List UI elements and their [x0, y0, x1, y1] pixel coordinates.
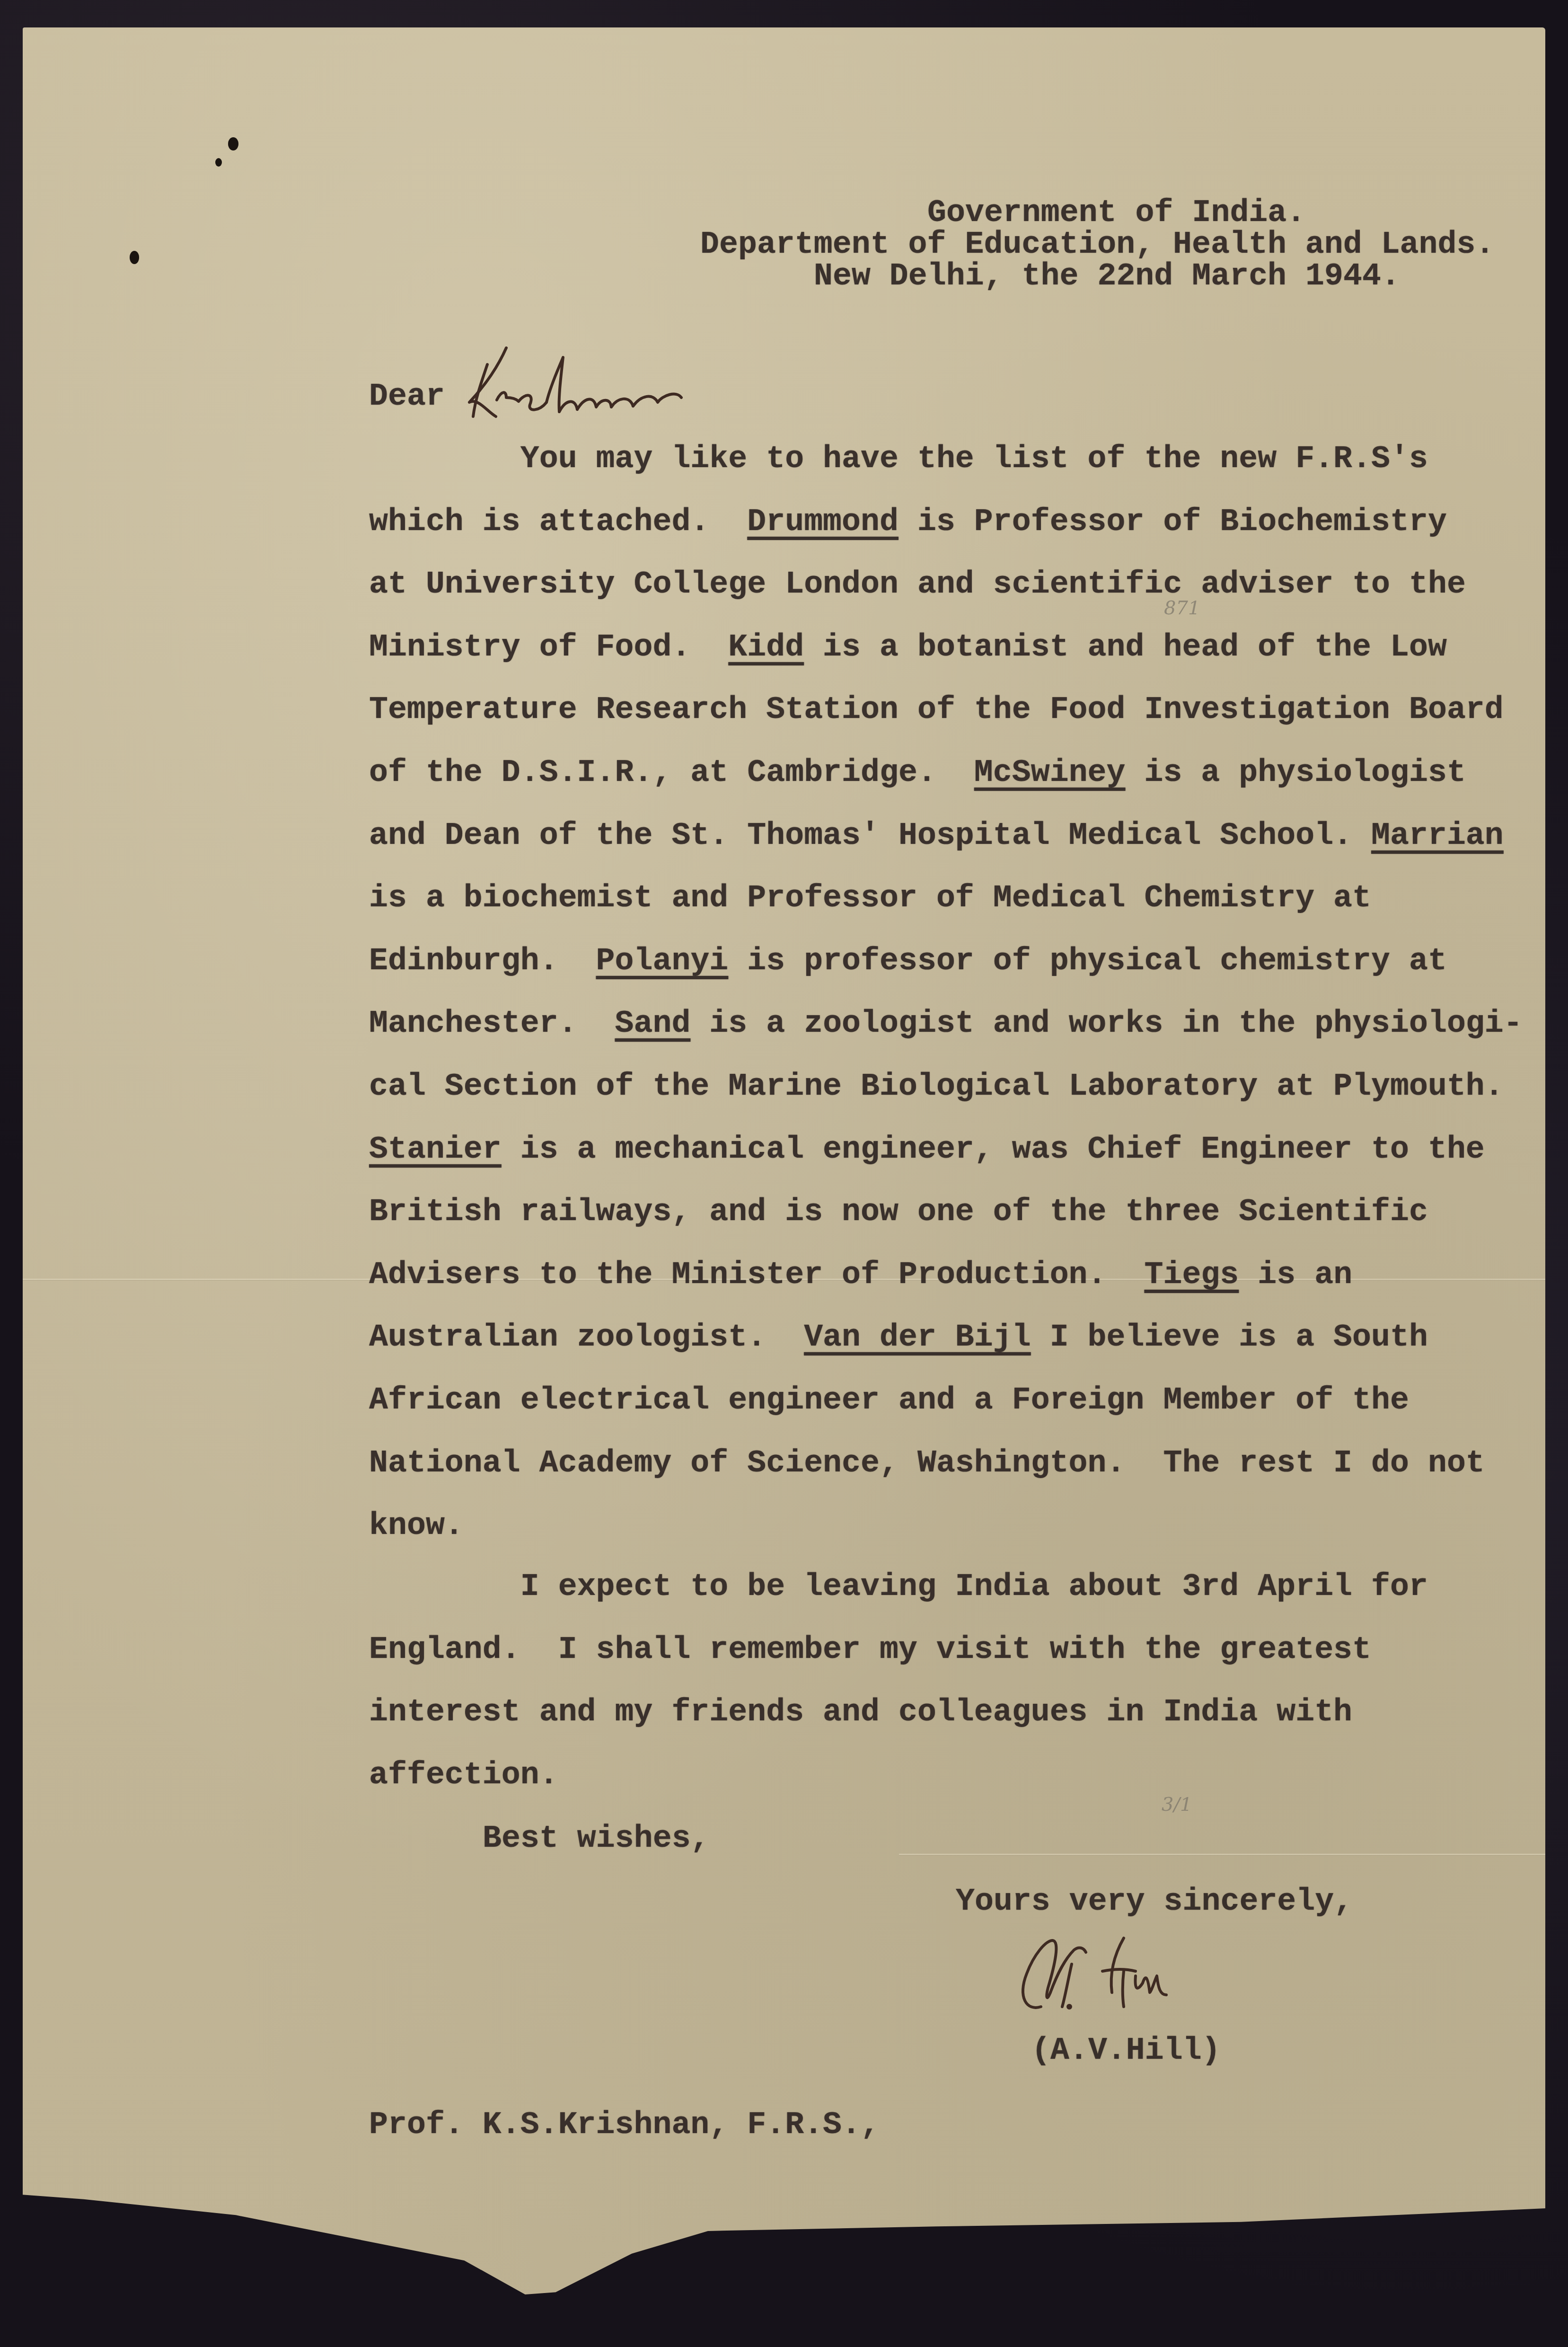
body-line: African electrical engineer and a Foreig…	[369, 1385, 1409, 1417]
text-segment: is a biochemist and Professor of Medical…	[369, 880, 1371, 916]
text-segment: Advisers to the Minister of Production.	[369, 1257, 1144, 1293]
closing-valediction: Yours very sincerely,	[956, 1886, 1353, 1918]
text-segment: I believe is a South	[1031, 1320, 1428, 1355]
text-segment: National Academy of Science, Washington.…	[369, 1445, 1485, 1481]
salutation-dear: Dear	[369, 381, 445, 413]
body-line: and Dean of the St. Thomas' Hospital Med…	[369, 820, 1504, 852]
body-line: Advisers to the Minister of Production. …	[369, 1259, 1352, 1291]
body-line: affection.	[369, 1760, 558, 1791]
body-line: which is attached. Drummond is Professor…	[369, 506, 1447, 538]
text-segment: Manchester.	[369, 1006, 615, 1041]
body-line: England. I shall remember my visit with …	[369, 1634, 1371, 1666]
underlined-name: Marrian	[1371, 818, 1504, 853]
header-place-date: New Delhi, the 22nd March 1944.	[814, 261, 1400, 292]
body-line: know.	[369, 1510, 464, 1542]
text-segment: and Dean of the St. Thomas' Hospital Med…	[369, 818, 1371, 853]
underlined-name: Tiegs	[1144, 1257, 1239, 1293]
text-segment: is professor of physical chemistry at	[728, 943, 1447, 979]
handwritten-krishnan	[459, 345, 705, 426]
text-segment: interest and my friends and colleagues i…	[369, 1694, 1352, 1730]
text-segment: Australian zoologist.	[369, 1320, 804, 1355]
text-segment: is Professor of Biochemistry	[899, 504, 1447, 540]
underlined-name: McSwiney	[974, 755, 1126, 790]
header-government: Government of India.	[927, 197, 1305, 229]
body-line: I expect to be leaving India about 3rd A…	[369, 1571, 1428, 1603]
text-segment: is a mechanical engineer, was Chief Engi…	[502, 1132, 1485, 1167]
body-line: cal Section of the Marine Biological Lab…	[369, 1071, 1504, 1103]
body-line: British railways, and is now one of the …	[369, 1196, 1428, 1228]
text-segment: is an	[1239, 1257, 1352, 1293]
text-segment: is a physiologist	[1126, 755, 1466, 790]
staple-hole	[228, 137, 238, 151]
text-segment: I expect to be leaving India about 3rd A…	[369, 1569, 1428, 1604]
body-line: is a biochemist and Professor of Medical…	[369, 883, 1371, 914]
text-segment: at University College London and scienti…	[369, 567, 1466, 602]
text-segment: know.	[369, 1508, 464, 1543]
text-segment: British railways, and is now one of the …	[369, 1194, 1428, 1230]
text-segment: which is attached.	[369, 504, 747, 540]
text-segment: Ministry of Food.	[369, 629, 728, 665]
underlined-name: Kidd	[728, 629, 804, 665]
pencil-mark-31: 3/1	[1162, 1794, 1192, 1816]
closing-best-wishes: Best wishes,	[483, 1823, 710, 1855]
text-segment: affection.	[369, 1757, 558, 1793]
text-segment: Temperature Research Station of the Food…	[369, 692, 1504, 727]
body-line: of the D.S.I.R., at Cambridge. McSwiney …	[369, 757, 1466, 789]
text-segment: of the D.S.I.R., at Cambridge.	[369, 755, 974, 790]
text-segment: is a zoologist and works in the physiolo…	[690, 1006, 1522, 1041]
body-line: Stanier is a mechanical engineer, was Ch…	[369, 1134, 1485, 1166]
body-line: National Academy of Science, Washington.…	[369, 1448, 1485, 1479]
underlined-name: Van der Bijl	[804, 1320, 1031, 1355]
text-segment: England. I shall remember my visit with …	[369, 1632, 1371, 1667]
typed-signatory-name: (A.V.Hill)	[1031, 2035, 1221, 2067]
underlined-name: Stanier	[369, 1132, 502, 1167]
body-line: Australian zoologist. Van der Bijl I bel…	[369, 1322, 1428, 1354]
underlined-name: Polanyi	[596, 943, 729, 979]
body-line: at University College London and scienti…	[369, 569, 1466, 601]
text-segment: cal Section of the Marine Biological Lab…	[369, 1069, 1504, 1104]
text-segment: Edinburgh.	[369, 943, 596, 979]
pencil-mark-871: 871	[1164, 597, 1200, 619]
addressee: Prof. K.S.Krishnan, F.R.S.,	[369, 2109, 880, 2141]
header-department: Department of Education, Health and Land…	[700, 229, 1494, 261]
body-line: Manchester. Sand is a zoologist and work…	[369, 1008, 1523, 1040]
text-segment: African electrical engineer and a Foreig…	[369, 1382, 1409, 1418]
staple-hole	[215, 158, 222, 167]
underlined-name: Sand	[615, 1006, 691, 1041]
staple-hole	[130, 251, 139, 264]
body-line: Edinburgh. Polanyi is professor of physi…	[369, 946, 1447, 977]
fold-crease-lower	[899, 1854, 1545, 1856]
underlined-name: Drummond	[747, 504, 899, 540]
body-line: interest and my friends and colleagues i…	[369, 1697, 1352, 1728]
text-segment: You may like to have the list of the new…	[369, 441, 1428, 477]
text-segment: is a botanist and head of the Low	[804, 629, 1447, 665]
handwritten-signature-av-hill	[1013, 1936, 1259, 2026]
body-line: Ministry of Food. Kidd is a botanist and…	[369, 632, 1447, 664]
body-line: Temperature Research Station of the Food…	[369, 694, 1504, 726]
body-line: You may like to have the list of the new…	[369, 443, 1428, 475]
